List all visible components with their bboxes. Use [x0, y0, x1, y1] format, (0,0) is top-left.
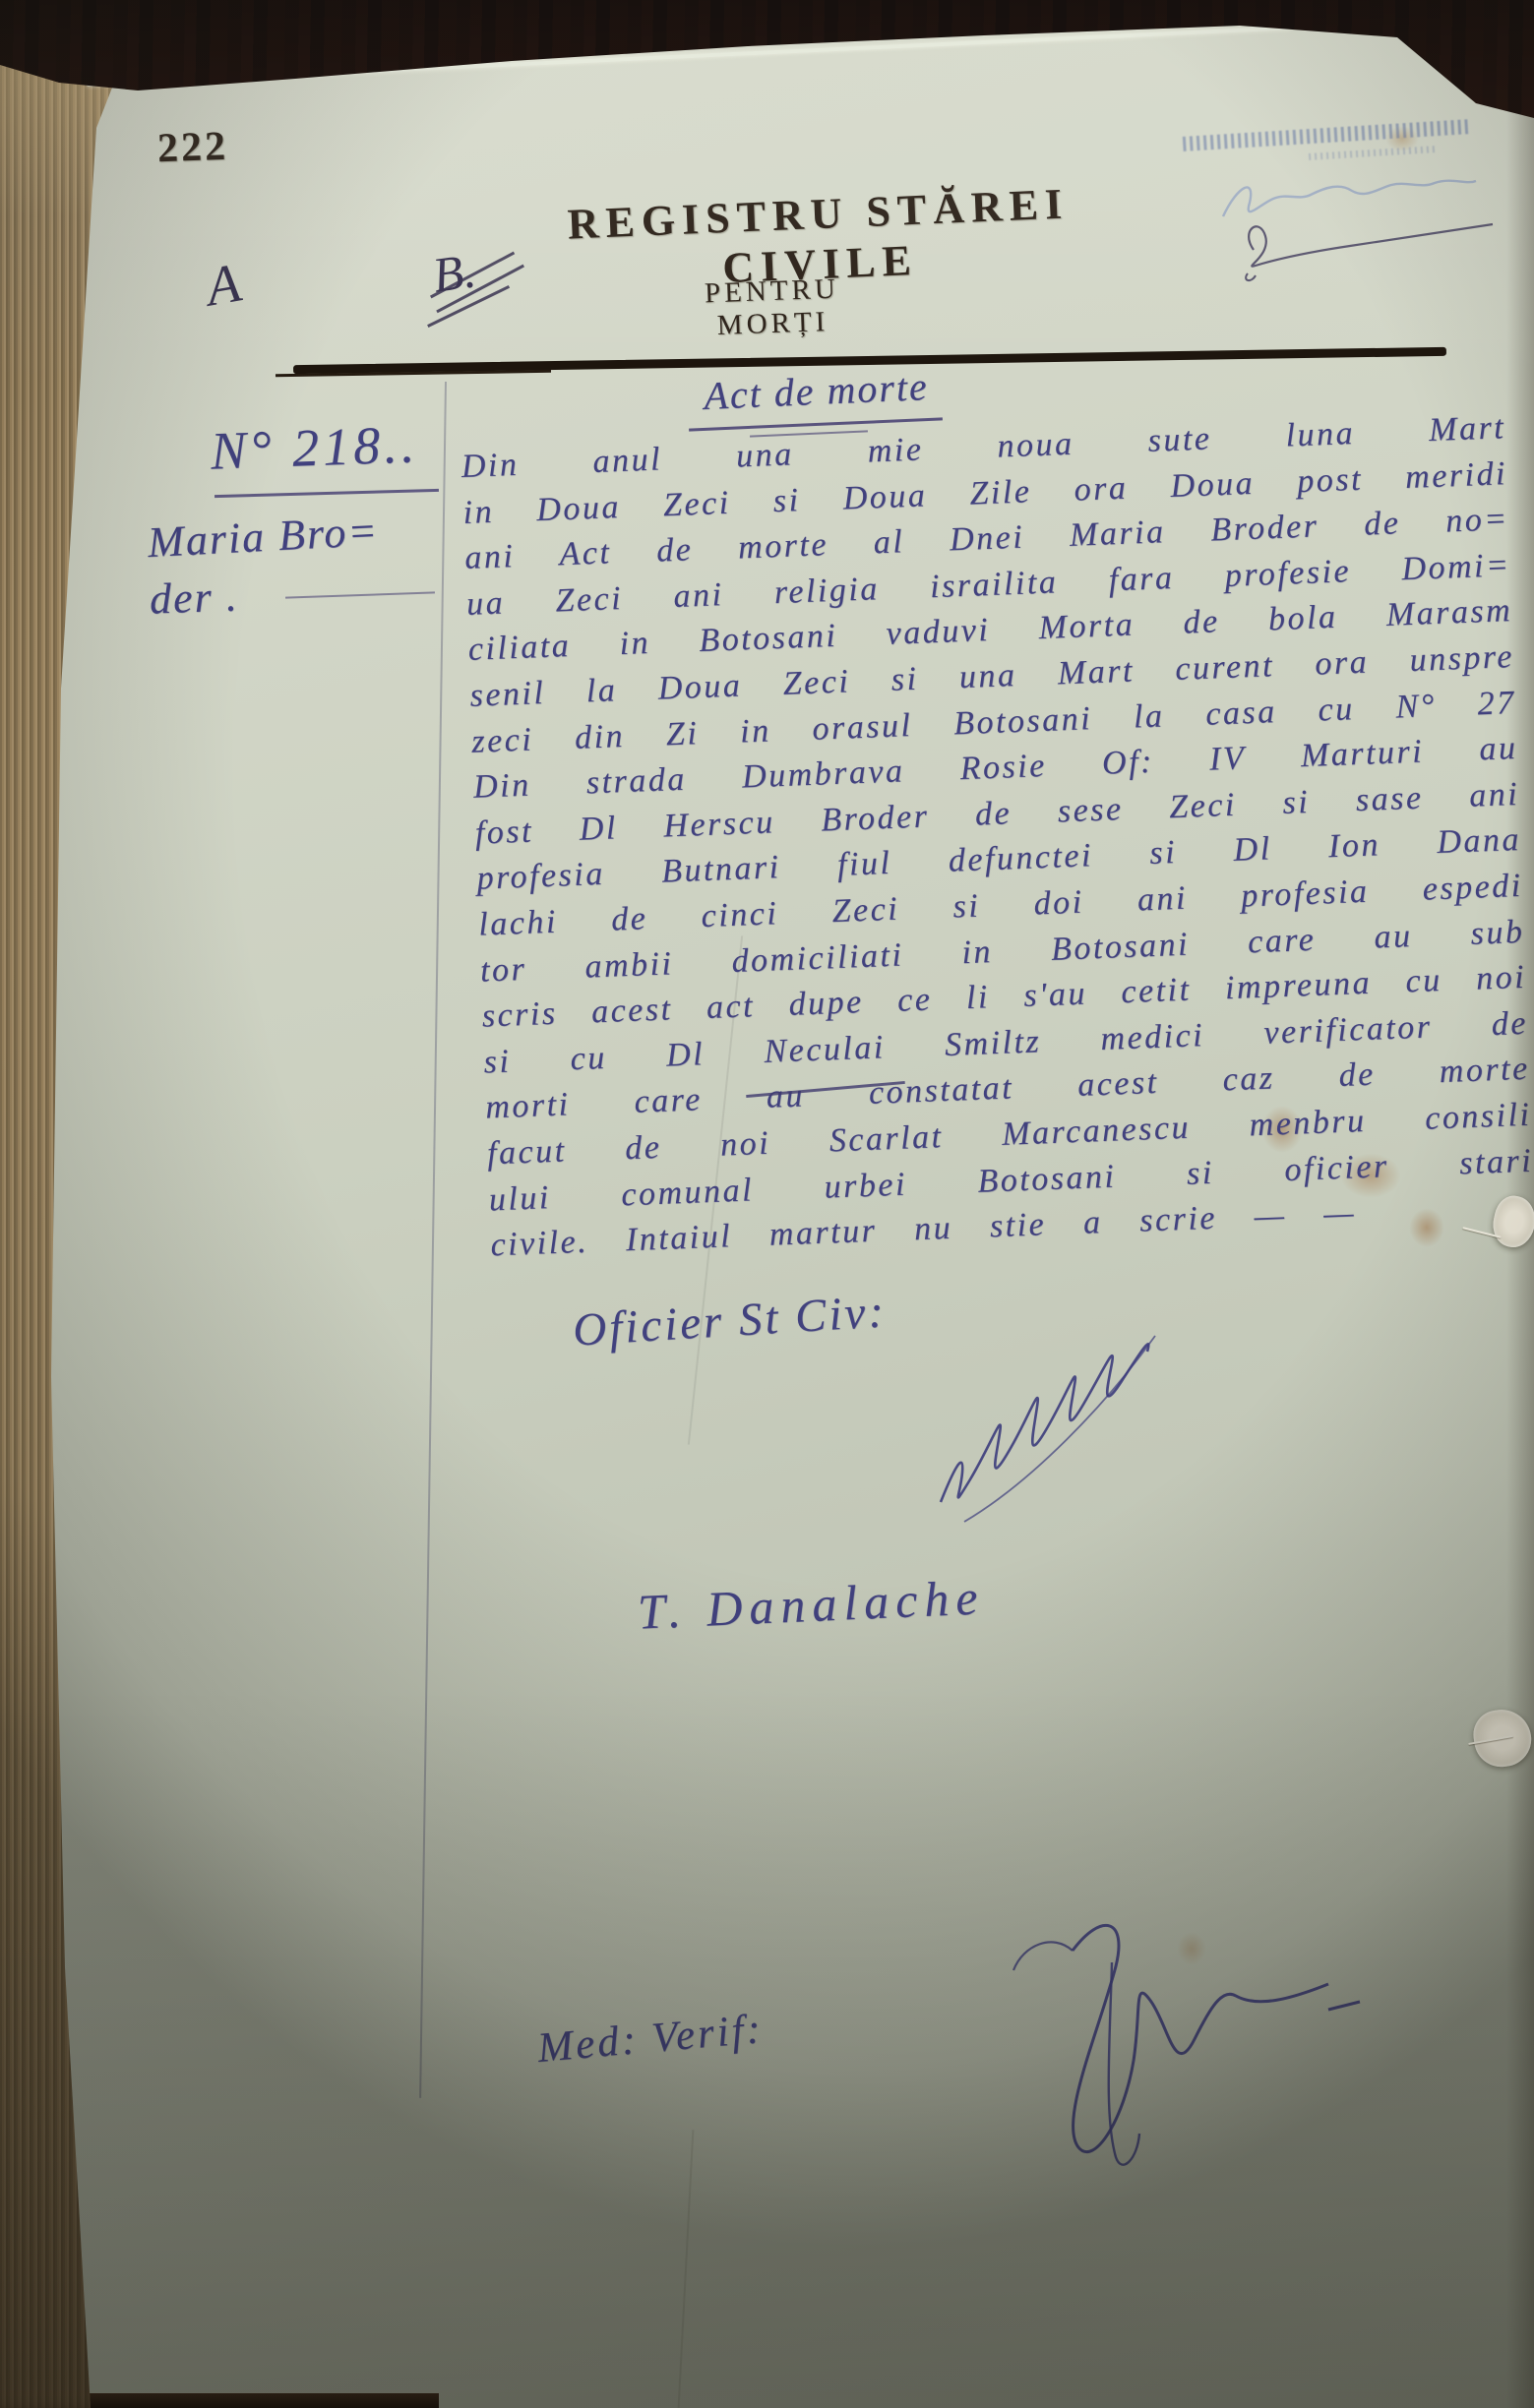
wood-table-bottom-sliver — [85, 2393, 439, 2408]
wood-table-edge — [0, 0, 1534, 123]
deceased-name-dash — [285, 591, 435, 598]
act-body-text: Din anul una mie noua sute luna Mart in … — [460, 405, 1534, 1269]
book-page-edges — [0, 0, 138, 2408]
registry-page-photo: 222 REGISTRU STĂREI CIVILE PENTRU MORȚI … — [0, 0, 1534, 2408]
act-number-underline — [215, 489, 439, 498]
medic-signature — [777, 1894, 1387, 2179]
officer-signature — [913, 1271, 1189, 1546]
register-header-subtitle: PENTRU MORȚI — [664, 271, 881, 344]
clerk-flourish-mark — [1212, 209, 1507, 287]
deceased-name-line2: der . — [149, 571, 239, 624]
officer-label: Oficier St Civ: — [572, 1285, 889, 1356]
act-title: Act de morte — [680, 362, 952, 420]
page-number: 222 — [156, 123, 229, 172]
margin-mark-a: A — [202, 252, 246, 320]
witness-signature: T. Danalache — [637, 1568, 986, 1640]
act-number: N° 218.. — [210, 413, 419, 481]
deceased-name-line1: Maria Bro= — [147, 506, 380, 568]
paper-crease — [678, 2130, 695, 2408]
margin-divider-line — [419, 382, 447, 2098]
right-page-shadow — [1506, 108, 1534, 2408]
medic-verifier-label: Med: Verif: — [535, 2005, 765, 2073]
